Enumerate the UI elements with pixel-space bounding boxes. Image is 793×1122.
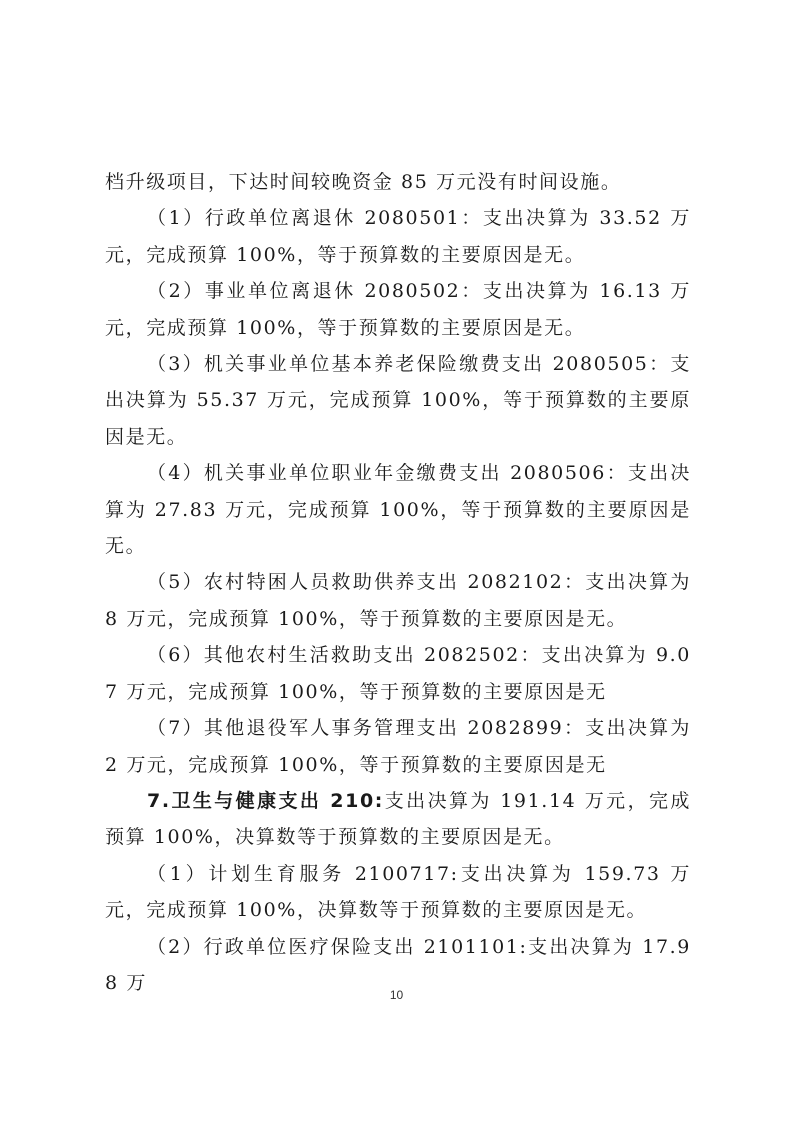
document-page-body: 档升级项目，下达时间较晚资金 85 万元没有时间设施。 （1）行政单位离退休 2… [105, 164, 691, 1001]
paragraph-item-5: （5）农村特困人员救助供养支出 2082102：支出决算为 8 万元，完成预算 … [105, 564, 691, 637]
paragraph-item-4: （4）机关事业单位职业年金缴费支出 2080506：支出决算为 27.83 万元… [105, 455, 691, 564]
page-number: 10 [0, 988, 793, 1002]
paragraph-item-7: （7）其他退役军人事务管理支出 2082899：支出决算为 2 万元，完成预算 … [105, 710, 691, 783]
section-heading: 7.卫生与健康支出 210: [147, 790, 384, 812]
paragraph-item-2: （2）事业单位离退休 2080502：支出决算为 16.13 万元，完成预算 1… [105, 273, 691, 346]
paragraph-item-1: （1）行政单位离退休 2080501：支出决算为 33.52 万元，完成预算 1… [105, 200, 691, 273]
section-7-paragraph: 7.卫生与健康支出 210:支出决算为 191.14 万元，完成预算 100%，… [105, 783, 691, 856]
paragraph-item-3: （3）机关事业单位基本养老保险缴费支出 2080505：支出决算为 55.37 … [105, 346, 691, 455]
paragraph-item-6: （6）其他农村生活救助支出 2082502：支出决算为 9.07 万元，完成预算… [105, 637, 691, 710]
paragraph-s7-item-1: （1）计划生育服务 2100717:支出决算为 159.73 万元，完成预算 1… [105, 856, 691, 929]
paragraph-continuation: 档升级项目，下达时间较晚资金 85 万元没有时间设施。 [105, 164, 691, 200]
